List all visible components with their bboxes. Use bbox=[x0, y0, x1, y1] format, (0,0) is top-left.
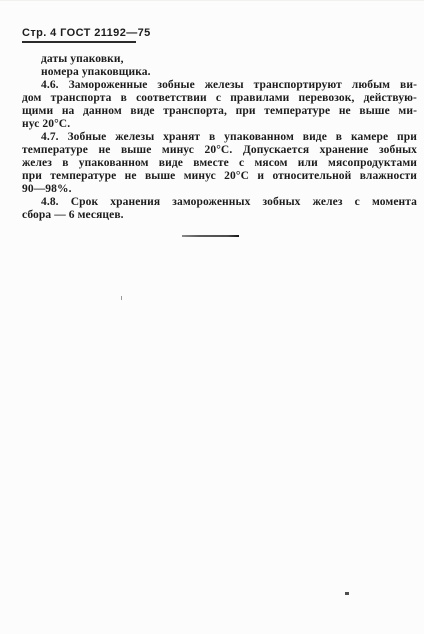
text-line: 4.8. Срок хранения замороженных зобных ж… bbox=[22, 196, 417, 209]
header-underline bbox=[22, 41, 136, 43]
text-line: 90—98%. bbox=[22, 183, 417, 196]
text-line: нус 20°С. bbox=[22, 118, 417, 131]
text-line: номера упаковщика. bbox=[22, 66, 417, 79]
document-page: Стр. 4 ГОСТ 21192—75 даты упаковки,номер… bbox=[0, 1, 424, 634]
scan-speck bbox=[345, 592, 349, 595]
scan-speck bbox=[121, 296, 122, 300]
text-line: щими на данном виде транспорта, при темп… bbox=[22, 105, 417, 118]
text-line: 4.6. Замороженные зобные железы транспор… bbox=[22, 79, 417, 92]
section-divider bbox=[182, 235, 239, 237]
page-header: Стр. 4 ГОСТ 21192—75 bbox=[22, 27, 151, 39]
text-line: даты упаковки, bbox=[22, 53, 417, 66]
text-line: сбора — 6 месяцев. bbox=[22, 209, 417, 222]
text-line: 4.7. Зобные железы хранят в упакованном … bbox=[22, 131, 417, 144]
document-body: даты упаковки,номера упаковщика.4.6. Зам… bbox=[22, 53, 417, 222]
text-line: дом транспорта в соответствии с правилам… bbox=[22, 92, 417, 105]
text-line: при температуре не выше минус 20°С и отн… bbox=[22, 170, 417, 183]
text-line: желез в упакованном виде вместе с мясом … bbox=[22, 157, 417, 170]
text-line: температуре не выше минус 20°С. Допускае… bbox=[22, 144, 417, 157]
